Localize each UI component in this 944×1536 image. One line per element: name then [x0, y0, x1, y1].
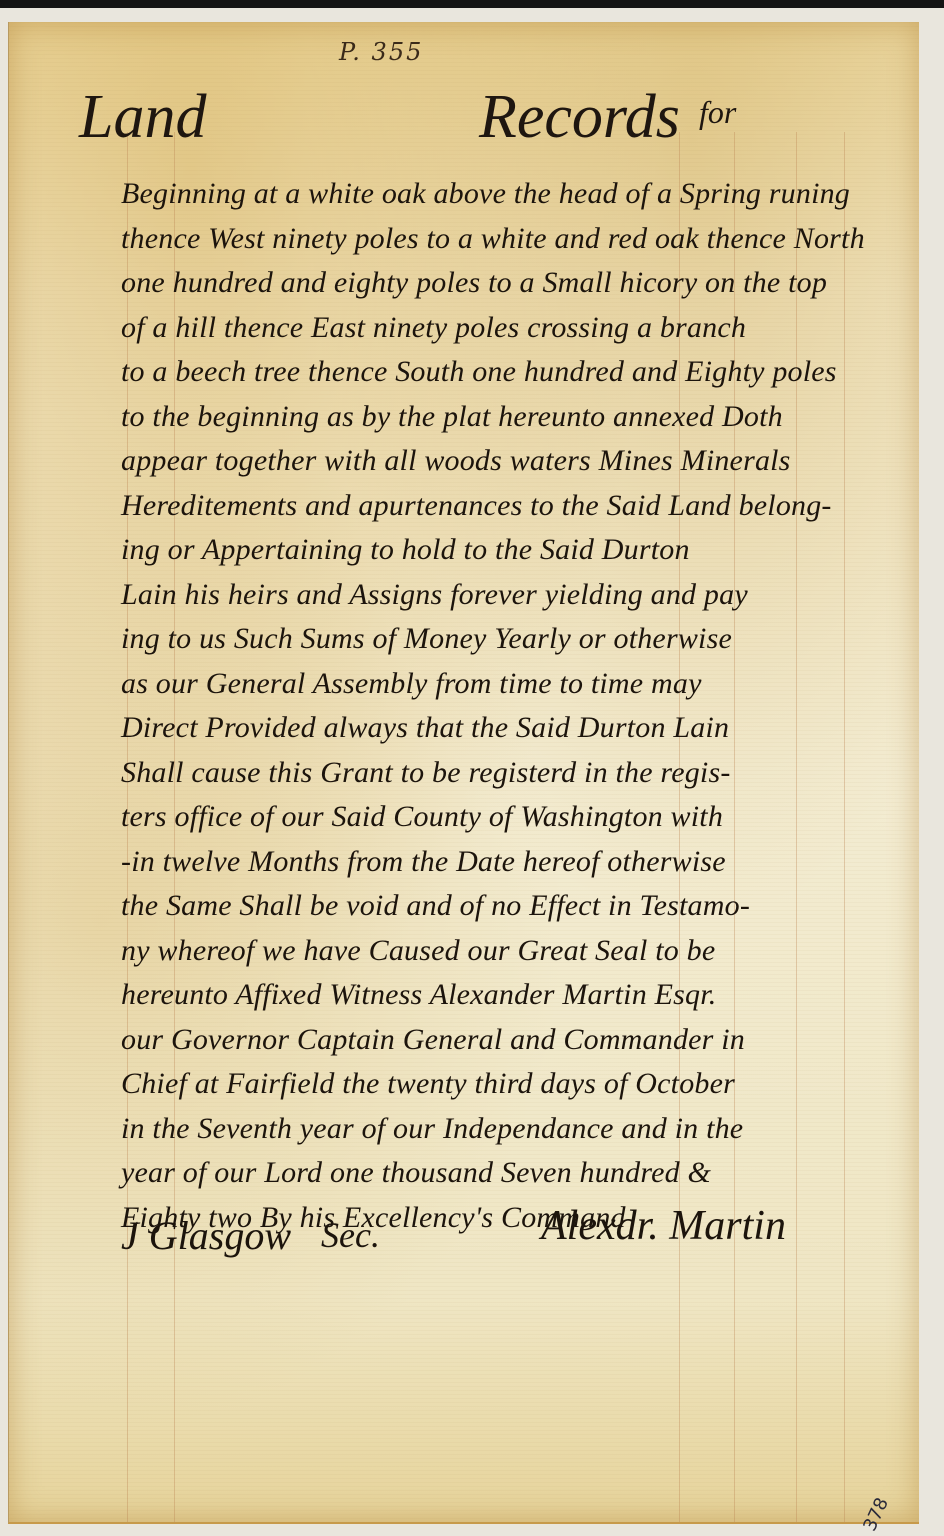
text-line: year of our Lord one thousand Seven hund… — [121, 1151, 911, 1196]
manuscript-page: P. 355 Land Records for Beginning at a w… — [8, 22, 919, 1524]
page-number: P. 355 — [339, 38, 423, 66]
signature-block: J Glasgow Sec. Alexdr. Martin — [121, 1202, 911, 1282]
scan-mount: P. 355 Land Records for Beginning at a w… — [0, 8, 944, 1536]
text-line: ing or Appertaining to hold to the Said … — [121, 528, 911, 573]
text-line: of a hill thence East ninety poles cross… — [121, 306, 911, 351]
text-line: hereunto Affixed Witness Alexander Marti… — [121, 973, 911, 1018]
text-line: one hundred and eighty poles to a Small … — [121, 261, 911, 306]
secretary-signature: J Glasgow — [121, 1212, 291, 1259]
text-line: the Same Shall be void and of no Effect … — [121, 884, 911, 929]
text-line: our Governor Captain General and Command… — [121, 1018, 911, 1063]
governor-signature: Alexdr. Martin — [541, 1202, 786, 1250]
page-header: P. 355 Land Records for — [9, 22, 919, 172]
text-line: appear together with all woods waters Mi… — [121, 439, 911, 484]
text-line: as our General Assembly from time to tim… — [121, 662, 911, 707]
text-line: Lain his heirs and Assigns forever yield… — [121, 573, 911, 618]
deed-text: Beginning at a white oak above the head … — [121, 172, 911, 1240]
text-line: Chief at Fairfield the twenty third days… — [121, 1062, 911, 1107]
title-land: Land — [79, 82, 206, 153]
text-line: ny whereof we have Caused our Great Seal… — [121, 929, 911, 974]
folio-number: 378 — [859, 1494, 893, 1534]
text-line: Shall cause this Grant to be registerd i… — [121, 751, 911, 796]
text-line: to a beech tree thence South one hundred… — [121, 350, 911, 395]
title-for: for — [699, 94, 736, 131]
text-line: in the Seventh year of our Independance … — [121, 1107, 911, 1152]
text-line: Hereditements and apurtenances to the Sa… — [121, 484, 911, 529]
text-line: thence West ninety poles to a white and … — [121, 217, 911, 262]
text-line: Direct Provided always that the Said Dur… — [121, 706, 911, 751]
title-records: Records — [479, 82, 680, 153]
text-line: Beginning at a white oak above the head … — [121, 172, 911, 217]
secretary-title: Sec. — [321, 1214, 380, 1256]
text-line: to the beginning as by the plat hereunto… — [121, 395, 911, 440]
text-line: -in twelve Months from the Date hereof o… — [121, 840, 911, 885]
text-line: ing to us Such Sums of Money Yearly or o… — [121, 617, 911, 662]
text-line: ters office of our Said County of Washin… — [121, 795, 911, 840]
